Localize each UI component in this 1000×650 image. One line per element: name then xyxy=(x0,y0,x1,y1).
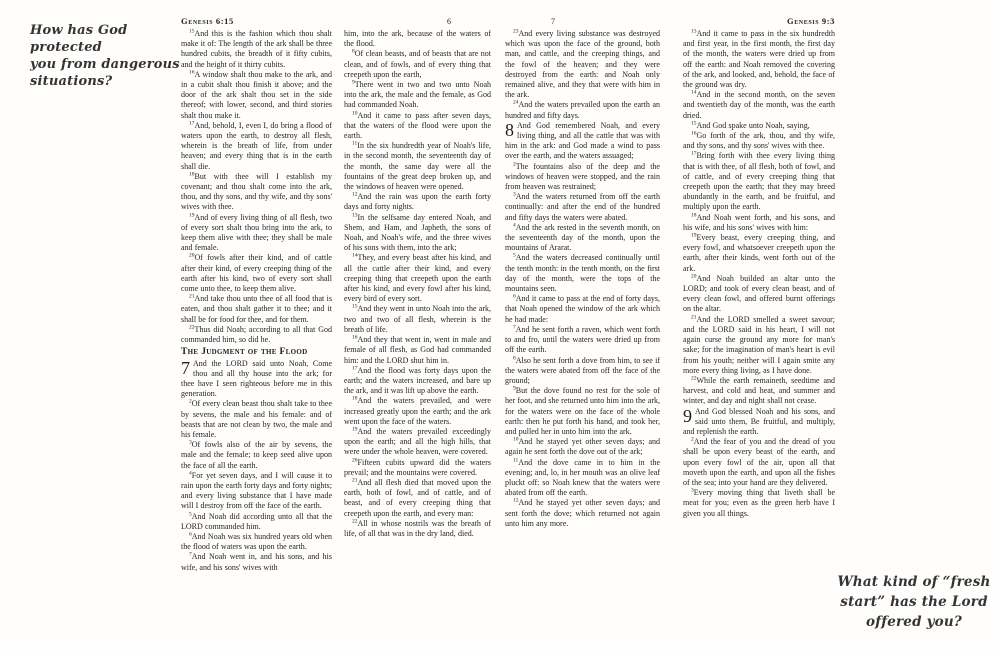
verse-number: 12 xyxy=(513,498,519,504)
verse-number: 12 xyxy=(352,192,358,198)
verse: 5And Noah did according unto all that th… xyxy=(181,512,332,532)
verse-number: 6 xyxy=(513,294,516,300)
verse-number: 8 xyxy=(513,355,516,361)
verse: 21And all flesh died that moved upon the… xyxy=(344,478,491,519)
verse-number: 14 xyxy=(352,253,358,259)
verse: 11In the six hundredth year of Noah's li… xyxy=(344,141,491,192)
verse-number: 10 xyxy=(513,436,519,442)
running-head-left: Genesis 6:15 xyxy=(181,16,234,26)
verse: 3Every moving thing that liveth shall be… xyxy=(683,488,835,519)
verse: 7And Noah went in, and his sons, and his… xyxy=(181,552,332,572)
verse-number: 7 xyxy=(189,552,192,558)
chapter-start-verse: 9And God blessed Noah and his sons, and … xyxy=(683,407,835,438)
verse-number: 2 xyxy=(691,436,694,442)
verse: 10And it came to pass after seven days, … xyxy=(344,111,491,142)
verse-number: 20 xyxy=(352,457,358,463)
running-head-right: Genesis 9:3 xyxy=(787,16,835,26)
verse: 4For yet seven days, and I will cause it… xyxy=(181,471,332,512)
verse-number: 4 xyxy=(189,470,192,476)
verse-number: 15 xyxy=(352,304,358,310)
margin-note-right-question: What kind of “fresh start” has the Lord … xyxy=(836,572,992,632)
margin-note-line: start” has the Lord xyxy=(836,592,992,612)
verse-number: 18 xyxy=(352,396,358,402)
chapter-start-verse: 8And God remembered Noah, and every livi… xyxy=(505,121,660,162)
section-heading: The Judgment of the Flood xyxy=(181,347,332,357)
chapter-drop-cap: 8 xyxy=(505,122,514,139)
verse-number: 8 xyxy=(352,49,355,55)
verse-number: 19 xyxy=(691,232,697,238)
verse-number: 22 xyxy=(352,518,358,524)
verse-number: 19 xyxy=(189,212,195,218)
text-column: him, into the ark, because of the waters… xyxy=(344,29,491,643)
verse: 3And the waters returned from off the ea… xyxy=(505,192,660,223)
verse: 4And the ark rested in the seventh month… xyxy=(505,223,660,254)
text-column: 23And every living substance was destroy… xyxy=(505,29,660,643)
verse: 2Of every clean beast thou shalt take to… xyxy=(181,399,332,440)
verse-number: 9 xyxy=(352,79,355,85)
verse-number: 24 xyxy=(513,100,519,106)
verse: 24And the waters prevailed upon the eart… xyxy=(505,100,660,120)
margin-note-left-question: How has God protected you from dangerous… xyxy=(30,22,182,90)
verse: 22All in whose nostrils was the breath o… xyxy=(344,519,491,539)
verse: 14And in the second month, on the seven … xyxy=(683,90,835,121)
bible-page-scan: How has God protected you from dangerous… xyxy=(0,0,1000,650)
verse: 5And the waters decreased continually un… xyxy=(505,253,660,294)
verse-number: 13 xyxy=(691,29,697,34)
verse: 11And the dove came in to him in the eve… xyxy=(505,458,660,499)
verse: 12And the rain was upon the earth forty … xyxy=(344,192,491,212)
verse: 21And take thou unto thee of all food th… xyxy=(181,294,332,325)
verse: 7And he sent forth a raven, which went f… xyxy=(505,325,660,356)
verse: 8Also he sent forth a dove from him, to … xyxy=(505,356,660,387)
verse: 20And Noah builded an altar unto the LOR… xyxy=(683,274,835,315)
verse: 16A window shalt thou make to the ark, a… xyxy=(181,70,332,121)
page-number-right: 7 xyxy=(551,17,555,26)
verse: 13And it came to pass in the six hundred… xyxy=(683,29,835,90)
verse-number: 9 xyxy=(513,385,516,391)
verse-number: 3 xyxy=(189,439,192,445)
verse-number: 17 xyxy=(352,365,358,371)
verse-number: 5 xyxy=(189,511,192,517)
verse-number: 21 xyxy=(189,294,195,300)
verse-number: 20 xyxy=(691,273,697,279)
verse: 2And the fear of you and the dread of yo… xyxy=(683,437,835,488)
verse-number: 21 xyxy=(691,314,697,320)
verse: 23And every living substance was destroy… xyxy=(505,29,660,100)
verse-number: 22 xyxy=(189,324,195,330)
verse-number: 19 xyxy=(352,426,358,432)
verse-number: 15 xyxy=(189,29,195,34)
verse: 22Thus did Noah; according to all that G… xyxy=(181,325,332,345)
verse: 20Of fowls after their kind, and of catt… xyxy=(181,253,332,294)
margin-note-line: offered you? xyxy=(836,612,992,632)
verse-number: 2 xyxy=(189,399,192,405)
verse: 10And he stayed yet other seven days; an… xyxy=(505,437,660,457)
verse-number: 18 xyxy=(189,171,195,177)
verse: 9There went in two and two unto Noah int… xyxy=(344,80,491,111)
verse: 16Go forth of the ark, thou, and thy wif… xyxy=(683,131,835,151)
verse: 2The fountains also of the deep and the … xyxy=(505,162,660,193)
verse-number: 10 xyxy=(352,110,358,116)
verse: 17And, behold, I, even I, do bring a flo… xyxy=(181,121,332,172)
verse-number: 3 xyxy=(513,192,516,198)
chapter-drop-cap: 9 xyxy=(683,408,692,425)
right-page-columns: 23And every living substance was destroy… xyxy=(505,29,835,643)
margin-note-line: you from dangerous xyxy=(30,56,182,73)
verse-number: 16 xyxy=(189,69,195,75)
verse-number: 11 xyxy=(352,141,357,147)
verse: 18And the waters prevailed, and were inc… xyxy=(344,396,491,427)
verse: 15And they went in unto Noah into the ar… xyxy=(344,304,491,335)
verse-number: 23 xyxy=(513,29,519,34)
verse: 17Bring forth with thee every living thi… xyxy=(683,151,835,212)
verse: 18But with thee will I establish my cove… xyxy=(181,172,332,213)
chapter-start-verse: 7And the LORD said unto Noah, Come thou … xyxy=(181,359,332,400)
verse: 8Of clean beasts, and of beasts that are… xyxy=(344,49,491,80)
verse: 18And Noah went forth, and his sons, and… xyxy=(683,213,835,233)
text-column: 13And it came to pass in the six hundred… xyxy=(683,29,835,643)
verse-number: 3 xyxy=(691,487,694,493)
margin-note-line: How has God protected xyxy=(30,22,182,56)
verse-number: 18 xyxy=(691,212,697,218)
left-page-columns: 15And this is the fashion which thou sha… xyxy=(181,29,491,643)
margin-note-line: situations? xyxy=(30,73,182,90)
verse-number: 17 xyxy=(189,120,195,126)
verse-number: 17 xyxy=(691,151,697,157)
verse: 21And the LORD smelled a sweet savour; a… xyxy=(683,315,835,376)
verse: 17And the flood was forty days upon the … xyxy=(344,366,491,397)
verse-number: 7 xyxy=(513,324,516,330)
verse-number: 22 xyxy=(691,375,697,381)
verse: 12And he stayed yet other seven days; an… xyxy=(505,498,660,529)
verse-number: 13 xyxy=(352,212,358,218)
page-number-left: 6 xyxy=(447,17,451,26)
verse: 6And it came to pass at the end of forty… xyxy=(505,294,660,325)
verse: 15And God spake unto Noah, saying, xyxy=(683,121,835,131)
verse-number: 14 xyxy=(691,90,697,96)
verse: 16And they that went in, went in male an… xyxy=(344,335,491,366)
verse-number: 5 xyxy=(513,253,516,259)
verse: 14They, and every beast after his kind, … xyxy=(344,253,491,304)
verse-number: 16 xyxy=(691,130,697,136)
verse-number: 6 xyxy=(189,531,192,537)
verse: 13In the selfsame day entered Noah, and … xyxy=(344,213,491,254)
verse-number: 16 xyxy=(352,334,358,340)
verse-number: 4 xyxy=(513,222,516,228)
verse-continuation: him, into the ark, because of the waters… xyxy=(344,29,491,49)
verse-number: 21 xyxy=(352,477,358,483)
verse: 19Every beast, every creeping thing, and… xyxy=(683,233,835,274)
verse: 19And of every living thing of all flesh… xyxy=(181,213,332,254)
verse-number: 15 xyxy=(691,120,697,126)
verse-number: 20 xyxy=(189,253,195,259)
verse: 20Fifteen cubits upward did the waters p… xyxy=(344,458,491,478)
chapter-drop-cap: 7 xyxy=(181,360,190,377)
verse-number: 2 xyxy=(513,161,516,167)
verse: 9But the dove found no rest for the sole… xyxy=(505,386,660,437)
verse-number: 11 xyxy=(513,457,518,463)
verse: 6And Noah was six hundred years old when… xyxy=(181,532,332,552)
verse: 3Of fowls also of the air by sevens, the… xyxy=(181,440,332,471)
verse: 19And the waters prevailed exceedingly u… xyxy=(344,427,491,458)
verse: 22While the earth remaineth, seedtime an… xyxy=(683,376,835,407)
margin-note-line: What kind of “fresh xyxy=(836,572,992,592)
text-column: 15And this is the fashion which thou sha… xyxy=(181,29,332,643)
verse: 15And this is the fashion which thou sha… xyxy=(181,29,332,70)
